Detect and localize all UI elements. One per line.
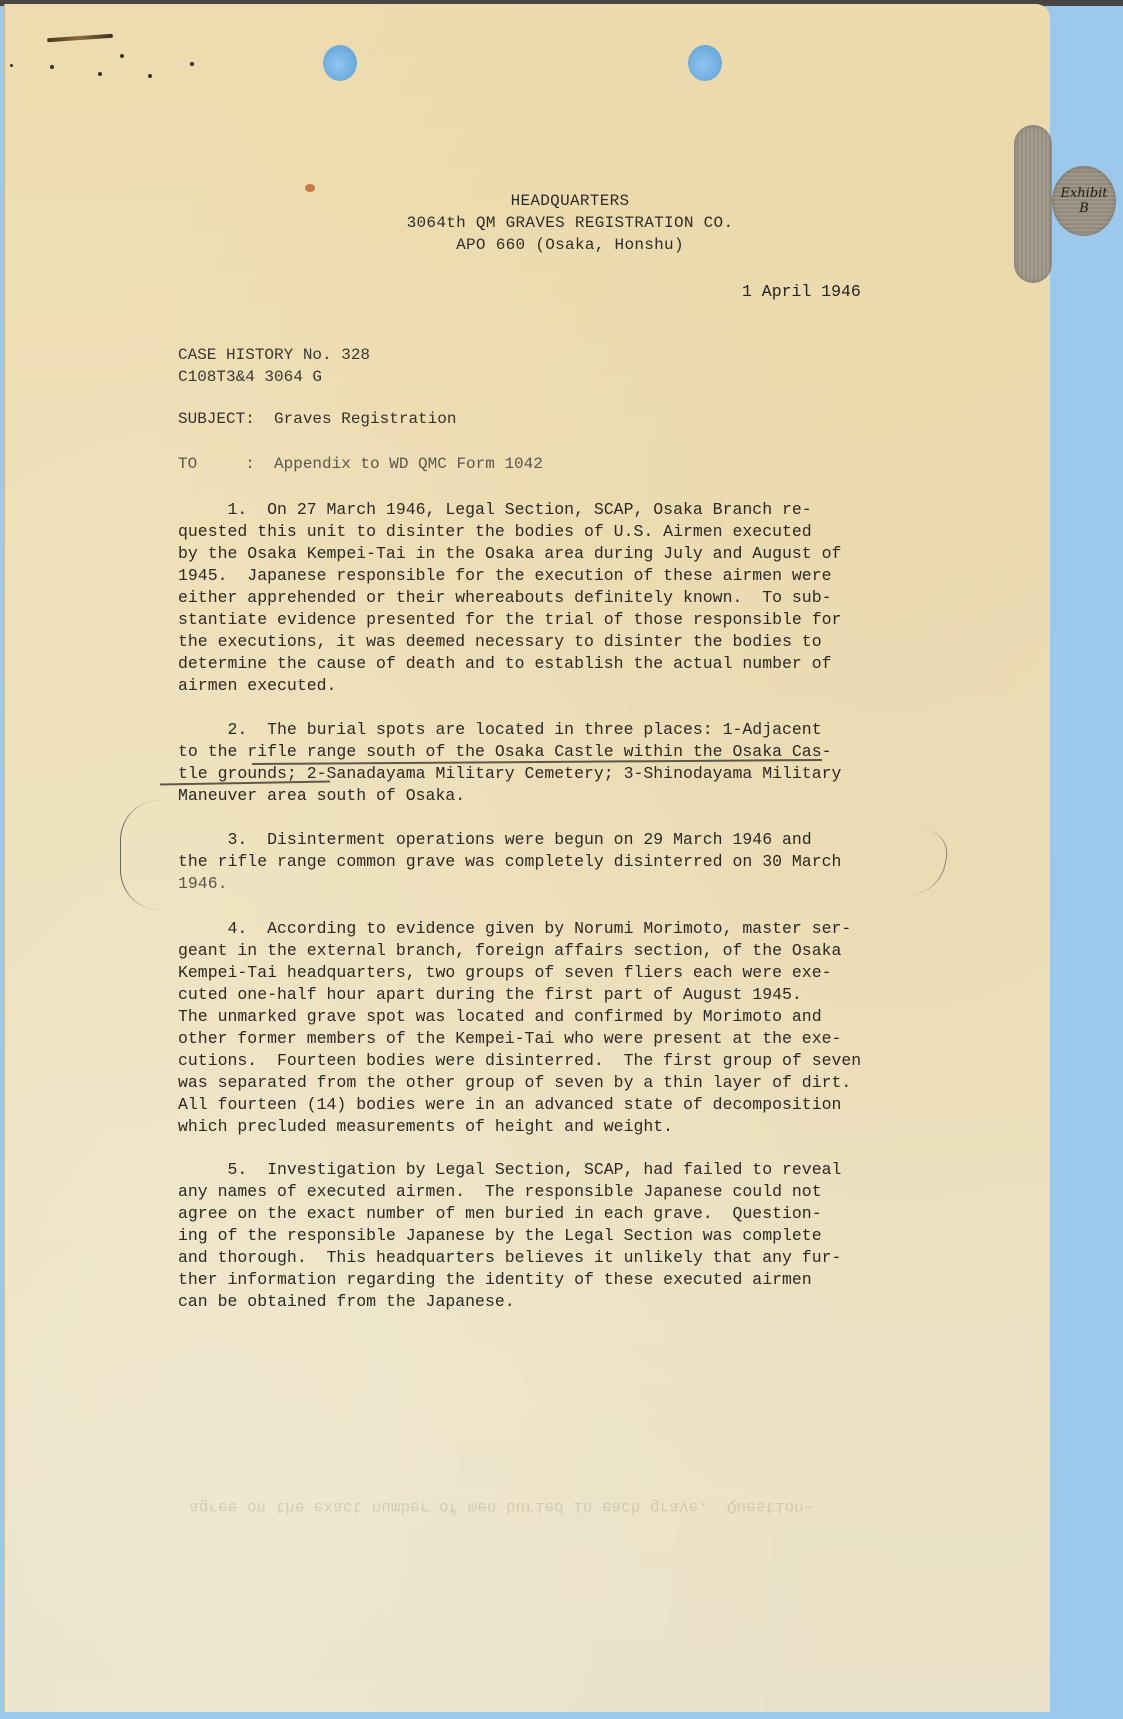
staple-holes xyxy=(40,30,240,90)
punch-hole-right xyxy=(688,45,722,81)
paragraph-line: All fourteen (14) bodies were in an adva… xyxy=(178,1094,861,1116)
paragraph-line: 3. Disinterment operations were begun on… xyxy=(178,829,841,851)
paragraph-line: stantiate evidence presented for the tri… xyxy=(178,609,841,631)
exhibit-tab: Exhibit B xyxy=(1052,166,1116,236)
paragraph-line: cutions. Fourteen bodies were disinterre… xyxy=(178,1050,861,1072)
paragraph-1: 1. On 27 March 1946, Legal Section, SCAP… xyxy=(178,499,841,697)
paragraph-line: Maneuver area south of Osaka. xyxy=(178,785,841,807)
subject-value: Graves Registration xyxy=(274,410,456,428)
paragraph-3: 3. Disinterment operations were begun on… xyxy=(178,829,841,895)
bleed-line: agree on the exact number of men buried … xyxy=(189,1498,813,1516)
paragraph-line: by the Osaka Kempei-Tai in the Osaka are… xyxy=(178,543,841,565)
paragraph-line: determine the cause of death and to esta… xyxy=(178,653,841,675)
paragraph-line: any names of executed airmen. The respon… xyxy=(178,1181,841,1203)
paragraph-line: geant in the external branch, foreign af… xyxy=(178,940,861,962)
paragraph-line: cuted one-half hour apart during the fir… xyxy=(178,984,861,1006)
paragraph-line: ther information regarding the identity … xyxy=(178,1269,841,1291)
case-history-number: CASE HISTORY No. 328 xyxy=(178,344,370,366)
to-line: TO : Appendix to WD QMC Form 1042 xyxy=(178,455,543,473)
letterhead-unit: 3064th QM GRAVES REGISTRATION CO. xyxy=(300,212,840,234)
paragraph-line: was separated from the other group of se… xyxy=(178,1072,861,1094)
fabric-tab-clip xyxy=(1014,125,1052,283)
file-reference: C108T3&4 3064 G xyxy=(178,366,370,388)
paragraph-4: 4. According to evidence given by Norumi… xyxy=(178,918,861,1138)
paragraph-line: which precluded measurements of height a… xyxy=(178,1116,861,1138)
reverse-side-bleed-through: agree on the exact number of men buried … xyxy=(170,1310,930,1540)
paragraph-line: The unmarked grave spot was located and … xyxy=(178,1006,861,1028)
paragraph-line: 5. Investigation by Legal Section, SCAP,… xyxy=(178,1159,841,1181)
paragraph-line: ing of the responsible Japanese by the L… xyxy=(178,1225,841,1247)
paragraph-5: 5. Investigation by Legal Section, SCAP,… xyxy=(178,1159,841,1313)
paragraph-line: either apprehended or their whereabouts … xyxy=(178,587,841,609)
paragraph-line: 1946. xyxy=(178,873,841,895)
document-date: 1 April 1946 xyxy=(742,282,861,301)
paragraph-line: and thorough. This headquarters believes… xyxy=(178,1247,841,1269)
to-label: TO xyxy=(178,455,197,473)
paragraph-line: the executions, it was deemed necessary … xyxy=(178,631,841,653)
paragraph-line: 1. On 27 March 1946, Legal Section, SCAP… xyxy=(178,499,841,521)
letterhead: HEADQUARTERS 3064th QM GRAVES REGISTRATI… xyxy=(300,190,840,256)
paragraph-line: Kempei-Tai headquarters, two groups of s… xyxy=(178,962,861,984)
paragraph-line: the rifle range common grave was complet… xyxy=(178,851,841,873)
subject-line: SUBJECT: Graves Registration xyxy=(178,410,456,428)
paragraph-line: 2. The burial spots are located in three… xyxy=(178,719,841,741)
paragraph-line: airmen executed. xyxy=(178,675,841,697)
paragraph-line: quested this unit to disinter the bodies… xyxy=(178,521,841,543)
letterhead-address: APO 660 (Osaka, Honshu) xyxy=(300,234,840,256)
paragraph-line: 4. According to evidence given by Norumi… xyxy=(178,918,861,940)
case-reference-block: CASE HISTORY No. 328 C108T3&4 3064 G xyxy=(178,344,370,388)
letterhead-title: HEADQUARTERS xyxy=(300,190,840,212)
subject-label: SUBJECT: xyxy=(178,410,255,428)
exhibit-tab-label: Exhibit xyxy=(1060,186,1107,201)
paragraph-line: agree on the exact number of men buried … xyxy=(178,1203,841,1225)
exhibit-tab-letter: B xyxy=(1079,201,1089,216)
paragraph-line: 1945. Japanese responsible for the execu… xyxy=(178,565,841,587)
punch-hole-left xyxy=(323,45,357,81)
to-value: Appendix to WD QMC Form 1042 xyxy=(274,455,543,473)
paragraph-line: other former members of the Kempei-Tai w… xyxy=(178,1028,861,1050)
